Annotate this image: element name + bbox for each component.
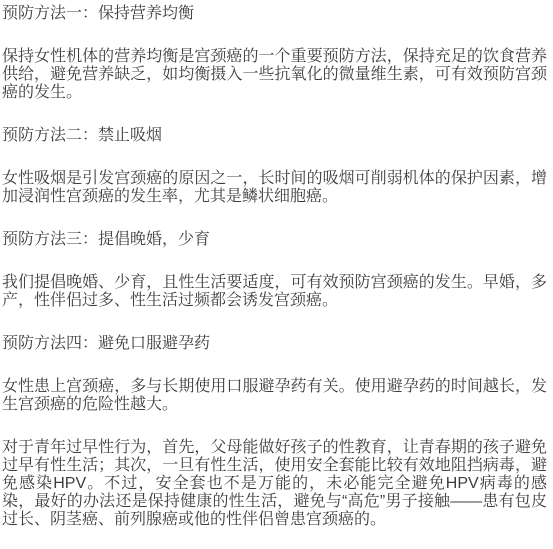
section-2-paragraph: 女性吸烟是引发宫颈癌的原因之一，长时间的吸烟可削弱机体的保护因素，增加浸润性宫颈… [2,170,547,206]
section-4-paragraph: 女性患上宫颈癌，多与长期使用口服避孕药有关。使用避孕药的时间越长，发生宫颈癌的危… [2,378,547,414]
closing-paragraph: 对于青年过早性行为，首先，父母能做好孩子的性教育，让青春期的孩子避免过早有性生活… [2,439,547,529]
section-4-heading: 预防方法四：避免口服避孕药 [2,335,547,353]
section-1-paragraph: 保持女性机体的营养均衡是宫颈癌的一个重要预防方法，保持充足的饮食营养供给，避免营… [2,48,547,102]
section-2-heading: 预防方法二：禁止吸烟 [2,127,547,145]
article-body: 预防方法一：保持营养均衡 保持女性机体的营养均衡是宫颈癌的一个重要预防方法，保持… [0,0,553,549]
section-1-heading: 预防方法一：保持营养均衡 [2,5,547,23]
section-3-heading: 预防方法三：提倡晚婚，少育 [2,231,547,249]
section-3-paragraph: 我们提倡晚婚、少育，且性生活要适度，可有效预防宫颈癌的发生。早婚，多产，性伴侣过… [2,274,547,310]
